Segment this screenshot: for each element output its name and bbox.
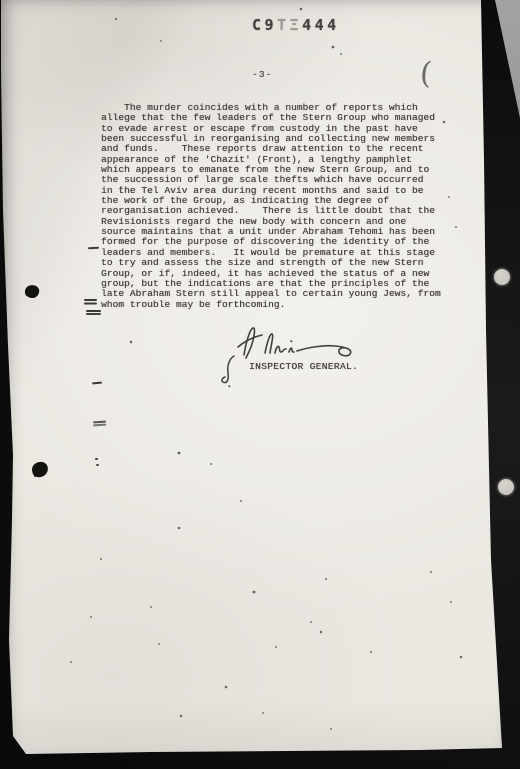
stamp-right: 444: [302, 16, 340, 34]
scanned-document-page: C9ΤΞ444 -3- ( The murder coincides with …: [0, 0, 520, 769]
ink-blob: [24, 283, 41, 299]
handwritten-paren-mark: (: [418, 56, 433, 92]
handwritten-initial: [219, 354, 241, 388]
body-line: to try and assess the size and strength …: [101, 258, 446, 268]
margin-dash-mark: [88, 247, 99, 249]
margin-speck-mark: [95, 458, 98, 460]
ink-blob: [31, 461, 49, 479]
stamp-middle: ΤΞ: [277, 16, 302, 34]
signature-caption: INSPECTOR GENERAL.: [249, 361, 358, 372]
punch-hole: [494, 269, 510, 285]
punch-hole: [498, 479, 514, 495]
paper-specks: [0, 0, 2, 2]
document-paper: C9ΤΞ444 -3- ( The murder coincides with …: [0, 0, 520, 769]
stamp-left: C9: [252, 16, 277, 34]
margin-dash-mark: [92, 382, 102, 384]
margin-equals-mark: [84, 299, 97, 301]
body-line: late Abraham Stern still appeal to certa…: [101, 289, 446, 299]
page-number: -3-: [252, 69, 272, 80]
body-line: whom trouble may be forthcoming.: [101, 300, 446, 310]
serial-number-stamp: C9ΤΞ444: [252, 16, 340, 34]
body-paragraph: The murder coincides with a number of re…: [101, 103, 446, 310]
margin-equals-mark: [86, 310, 101, 312]
margin-equals-mark: [93, 421, 106, 424]
signature-scrawl: [236, 324, 360, 364]
